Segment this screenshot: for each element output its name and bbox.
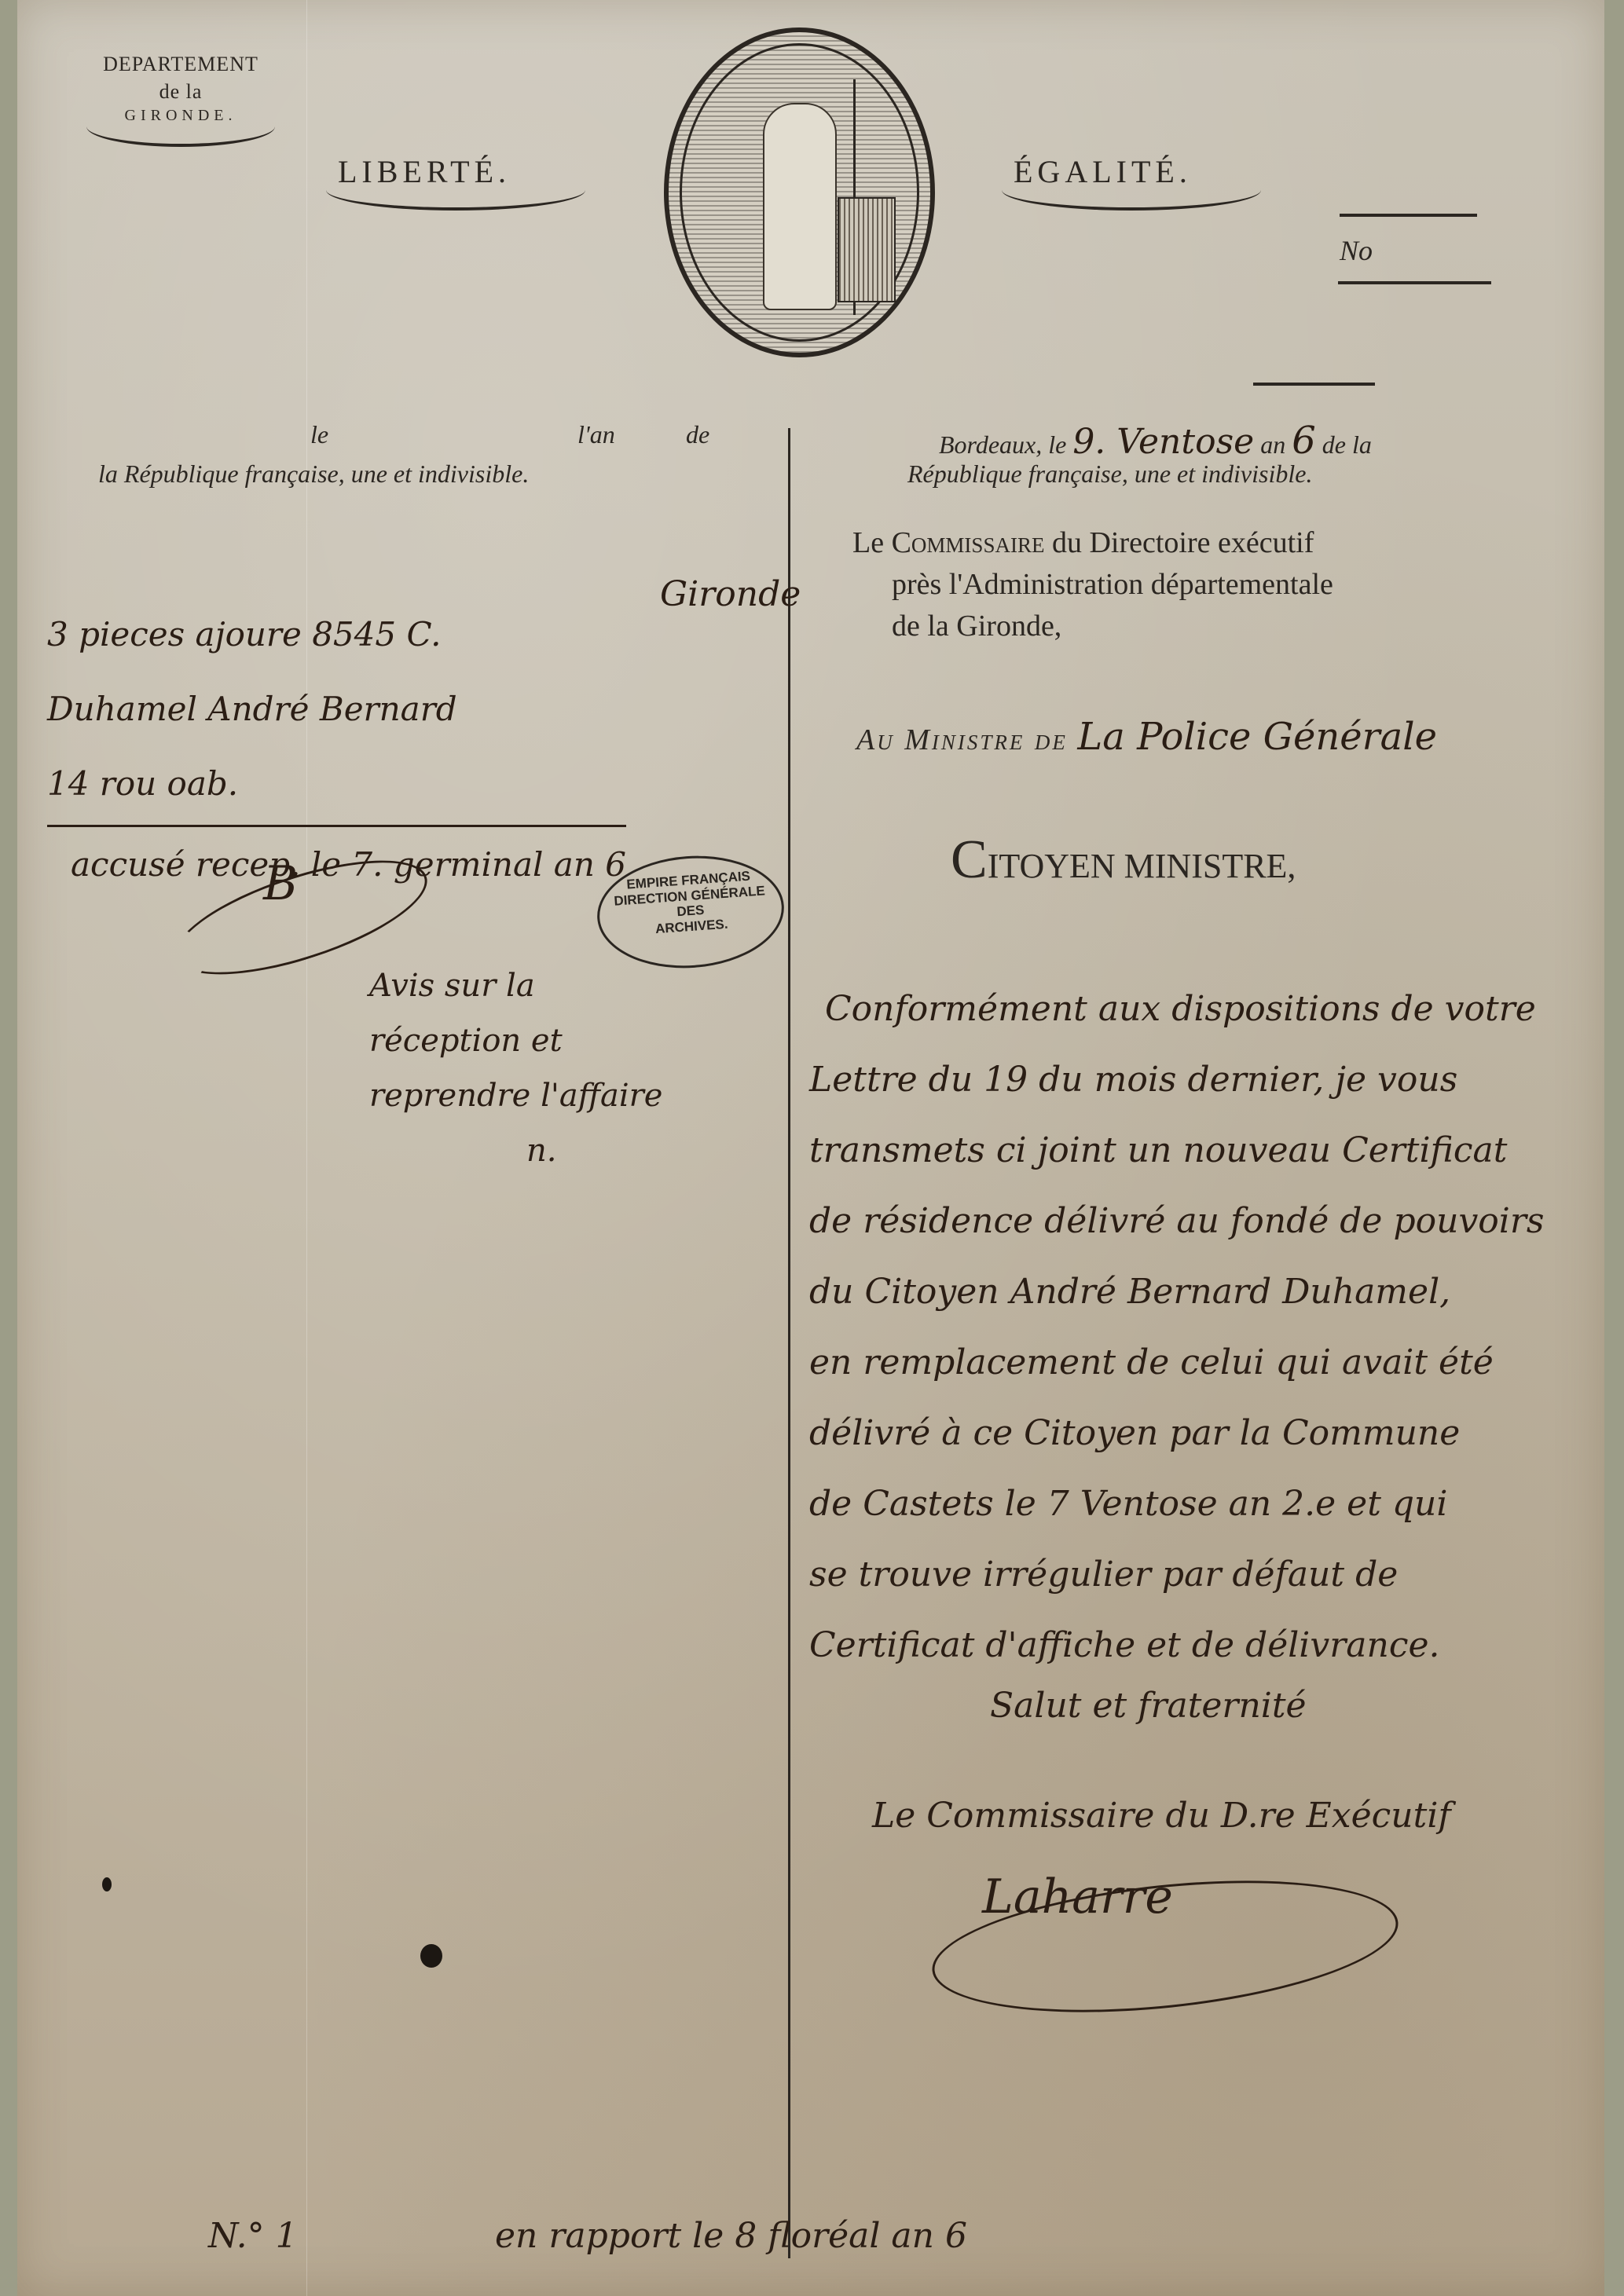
body-line: en remplacement de celui qui avait été: [809, 1327, 1544, 1398]
dateline-an: an: [1260, 430, 1285, 459]
motto-egalite: ÉGALITÉ.: [1014, 153, 1261, 211]
number-label: No: [1340, 234, 1373, 267]
dateline-year: 6: [1292, 419, 1316, 463]
tower-icon: [838, 197, 896, 302]
body-line: se trouve irrégulier par défaut de: [809, 1540, 1544, 1610]
number-rule-top: [1340, 214, 1477, 217]
department-line-3: GIRONDE.: [86, 105, 275, 126]
body-line: Certificat d'affiche et de délivrance.: [809, 1610, 1544, 1681]
recipient-handwritten: La Police Générale: [1077, 715, 1437, 759]
motto-liberte-text: LIBERTÉ.: [338, 153, 585, 190]
salutation-rest: ITOYEN MINISTRE,: [988, 847, 1296, 885]
motto-egalite-text: ÉGALITÉ.: [1014, 153, 1261, 190]
body-line: délivré à ce Citoyen par la Commune: [809, 1398, 1544, 1469]
department-heading: DEPARTEMENT de la GIRONDE.: [86, 50, 275, 147]
department-line-1: DEPARTEMENT: [86, 50, 275, 78]
letter-body: Conformément aux dispositions de votre L…: [809, 974, 1544, 1681]
body-line: Lettre du 19 du mois dernier, je vous: [809, 1045, 1544, 1115]
annotation-line: reprendre l'affaire: [369, 1068, 662, 1123]
sender-line-1: Le Commissaire du Directoire exécutif: [852, 522, 1333, 564]
sender-title: Commissaire: [892, 526, 1045, 559]
annotation-line: n.: [369, 1123, 662, 1178]
annotation-line: réception et: [369, 1013, 662, 1068]
dateline-prefix: Bordeaux, le: [939, 430, 1066, 459]
motto-liberte: LIBERTÉ.: [338, 153, 585, 211]
sender-block: Le Commissaire du Directoire exécutif pr…: [852, 522, 1333, 648]
brace-ornament: [1002, 190, 1261, 211]
salutation-initial: C: [951, 829, 988, 890]
department-line-2: de la: [86, 78, 275, 105]
column-divider: [788, 428, 790, 2258]
body-line: de résidence délivré au fondé de pouvoir…: [809, 1186, 1544, 1257]
paper-fold: [306, 0, 307, 2296]
sender-directoire: du Directoire exécutif: [1052, 526, 1314, 559]
paper-hole: [420, 1944, 442, 1968]
recipient-line: Au Ministre de La Police Générale: [856, 715, 1437, 759]
body-line: transmets ci joint un nouveau Certificat: [809, 1115, 1544, 1186]
dateline-suffix: de la: [1322, 430, 1372, 459]
dateline-day: 9. Ventose: [1072, 422, 1254, 462]
liberty-medallion-icon: [664, 27, 935, 357]
footer-note: en rapport le 8 floréal an 6: [495, 2219, 967, 2254]
recipient-printed: Au Ministre de: [856, 723, 1068, 756]
margin-note: Duhamel André Bernard: [47, 672, 626, 746]
sender-line-3: de la Gironde,: [852, 606, 1333, 647]
brace-ornament: [326, 190, 585, 211]
paper-hole: [102, 1877, 112, 1891]
right-republic-line: République française, une et indivisible…: [907, 460, 1312, 489]
number-rule-bottom: [1338, 281, 1491, 284]
footer-number: N.° 1: [208, 2219, 298, 2254]
margin-annotation: Avis sur la réception et reprendre l'aff…: [369, 958, 662, 1178]
salutation: CITOYEN MINISTRE,: [951, 829, 1296, 892]
date-le: le: [310, 420, 328, 449]
margin-note: 14 rou oab.: [47, 746, 626, 821]
margin-note: 3 pieces ajoure 8545 C.: [47, 597, 626, 672]
body-line: du Citoyen André Bernard Duhamel,: [809, 1257, 1544, 1327]
date-de: de: [686, 420, 709, 449]
brace-ornament: [86, 126, 275, 147]
sender-le: Le: [852, 526, 884, 559]
date-rule: [1253, 383, 1375, 386]
signoff: Le Commissaire du D.re Exécutif: [872, 1799, 1451, 1833]
left-republic-line: la République française, une et indivisi…: [98, 460, 529, 489]
body-line: de Castets le 7 Ventose an 2.e et qui: [809, 1469, 1544, 1540]
liberty-figure: [763, 103, 837, 310]
closing: Salut et fraternité: [990, 1689, 1307, 1723]
margin-notes: 3 pieces ajoure 8545 C. Duhamel André Be…: [47, 597, 626, 902]
date-an: l'an: [577, 420, 615, 449]
annotation-line: Avis sur la: [369, 958, 662, 1013]
body-line: Conformément aux dispositions de votre: [809, 974, 1544, 1045]
dateline: Bordeaux, le 9. Ventose an 6 de la: [939, 419, 1372, 463]
sender-line-2: près l'Administration départementale: [852, 564, 1333, 606]
gironde-note: Gironde: [660, 577, 801, 612]
